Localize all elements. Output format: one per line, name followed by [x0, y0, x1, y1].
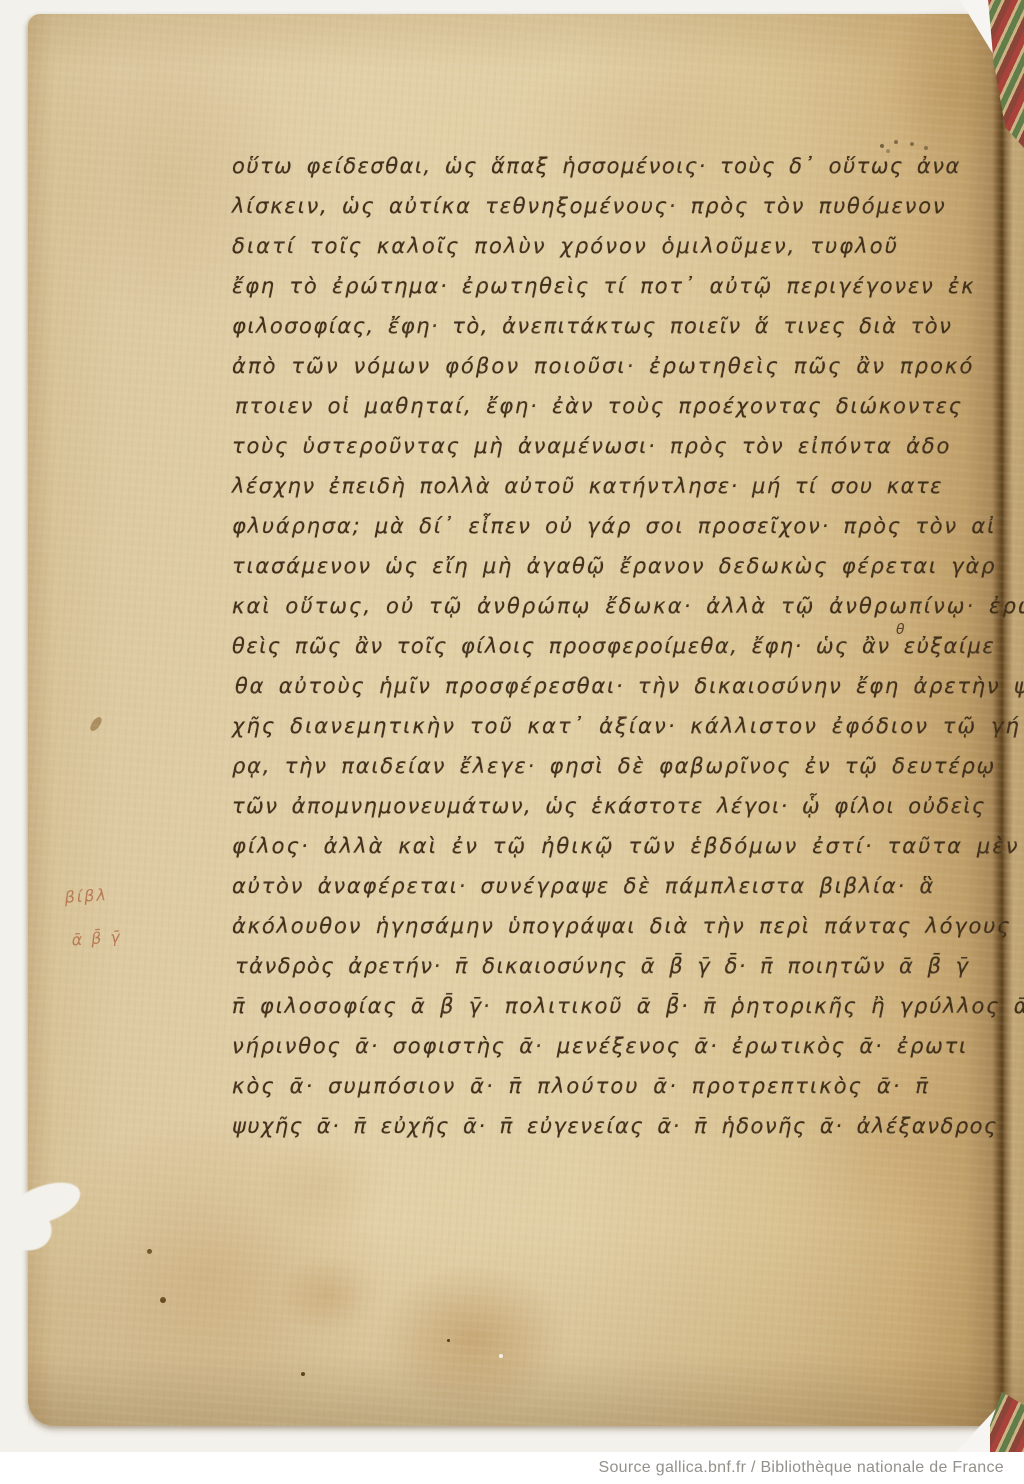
manuscript-line: οὕτω φείδεσθαι, ὡς ἅπαξ ἡσσομένοις· τοὺς…: [232, 154, 932, 194]
manuscript-line: φιλοσοφίας, ἔφη· τὸ, ἀνεπιτάκτως ποιεῖν …: [232, 314, 932, 354]
manuscript-line: καὶ οὕτως, οὐ τῷ ἀνθρώπῳ ἔδωκα· ἀλλὰ τῷ …: [232, 594, 932, 634]
manuscript-line: π̄ φιλοσοφίας ᾱ β̄ γ̄· πολιτικοῦ ᾱ β̄· π…: [232, 994, 932, 1034]
manuscript-line: τιασάμενον ὡς εἴη μὴ ἀγαθῷ ἔρανον δεδωκὼ…: [232, 554, 932, 594]
manuscript-line: φίλος· ἀλλὰ καὶ ἐν τῷ ἠθικῷ τῶν ἑβδόμων …: [232, 834, 932, 874]
manuscript-line: λίσκειν, ὡς αὐτίκα τεθνηξομένους· πρὸς τ…: [232, 194, 932, 234]
manuscript-text-block: οὕτω φείδεσθαι, ὡς ἅπαξ ἡσσομένοις· τοὺς…: [232, 154, 932, 1154]
insertion-mark: θ: [896, 622, 905, 638]
stain: [28, 1114, 388, 1434]
manuscript-line: ρᾳ, τὴν παιδείαν ἔλεγε· φησὶ δὲ φαβωρῖνο…: [232, 754, 932, 794]
red-marginalia-note: βίβλ ᾱ β̄ γ̄: [64, 884, 123, 950]
manuscript-line: ἀπὸ τῶν νόμων φόβον ποιοῦσι· ἐρωτηθεὶς π…: [232, 354, 932, 394]
manuscript-line: λέσχην ἐπειδὴ πολλὰ αὐτοῦ κατήντλησε· μή…: [232, 474, 932, 514]
stain: [278, 1254, 378, 1334]
manuscript-line: πτοιεν οἱ μαθηταί, ἔφη· ἐὰν τοὺς προέχον…: [235, 394, 935, 434]
wormhole: [160, 1297, 166, 1303]
manuscript-line: ἀκόλουθον ἡγησάμην ὑπογράψαι διὰ τὴν περ…: [232, 914, 932, 954]
manuscript-line: κὸς ᾱ· συμπόσιον ᾱ· π̄ πλούτου ᾱ· προτρε…: [232, 1074, 932, 1114]
marginalia-line: βίβλ: [64, 884, 120, 907]
manuscript-line: ψυχῆς ᾱ· π̄ εὐχῆς ᾱ· π̄ εὐγενείας ᾱ· π̄ …: [232, 1114, 932, 1154]
manuscript-page: οὕτω φείδεσθαι, ὡς ἅπαξ ἡσσομένοις· τοὺς…: [28, 14, 1024, 1426]
stain: [378, 1264, 568, 1414]
manuscript-line: θα αὐτοὺς ἡμῖν προσφέρεσθαι· τὴν δικαιοσ…: [235, 674, 935, 714]
photograph-area: οὕτω φείδεσθαι, ὡς ἅπαξ ἡσσομένοις· τοὺς…: [0, 0, 1024, 1452]
manuscript-line: φλυάρησα; μὰ δί᾽ εἶπεν οὐ γάρ σοι προσεῖ…: [232, 514, 932, 554]
marginalia-line: ᾱ β̄ γ̄: [71, 927, 123, 949]
speck: [301, 1372, 305, 1376]
manuscript-line: τἀνδρὸς ἀρετήν· π̄ δικαιοσύνης ᾱ β̄ γ̄ δ…: [235, 954, 935, 994]
manuscript-line: νήρινθος ᾱ· σοφιστὴς ᾱ· μενέξενος ᾱ· ἐρω…: [232, 1034, 932, 1074]
wormhole: [147, 1249, 152, 1254]
speck: [447, 1339, 450, 1342]
manuscript-line: θεὶς πῶς ἂν τοῖς φίλοις προσφεροίμεθα, ἔ…: [232, 634, 932, 674]
manuscript-line: ἔφη τὸ ἐρώτημα· ἐρωτηθεὶς τί ποτ᾽ αὐτῷ π…: [232, 274, 932, 314]
speck: [499, 1354, 503, 1358]
manuscript-line: τῶν ἀπομνημονευμάτων, ὡς ἑκάστοτε λέγοι·…: [232, 794, 932, 834]
credit-text: Source gallica.bnf.fr / Bibliothèque nat…: [0, 1452, 1024, 1477]
manuscript-line: αὐτὸν ἀναφέρεται· συνέγραψε δὲ πάμπλειστ…: [232, 874, 932, 914]
credit-bar: Source gallica.bnf.fr / Bibliothèque nat…: [0, 1452, 1024, 1484]
manuscript-line: χῆς διανεμητικὴν τοῦ κατ᾽ ἀξίαν· κάλλιστ…: [232, 714, 932, 754]
manuscript-line: διατί τοῖς καλοῖς πολὺν χρόνον ὁμιλοῦμεν…: [232, 234, 932, 274]
manuscript-line: τοὺς ὑστεροῦντας μὴ ἀναμένωσι· πρὸς τὸν …: [232, 434, 932, 474]
fiber-speck: [88, 715, 104, 733]
margin-scribble: [880, 144, 884, 148]
